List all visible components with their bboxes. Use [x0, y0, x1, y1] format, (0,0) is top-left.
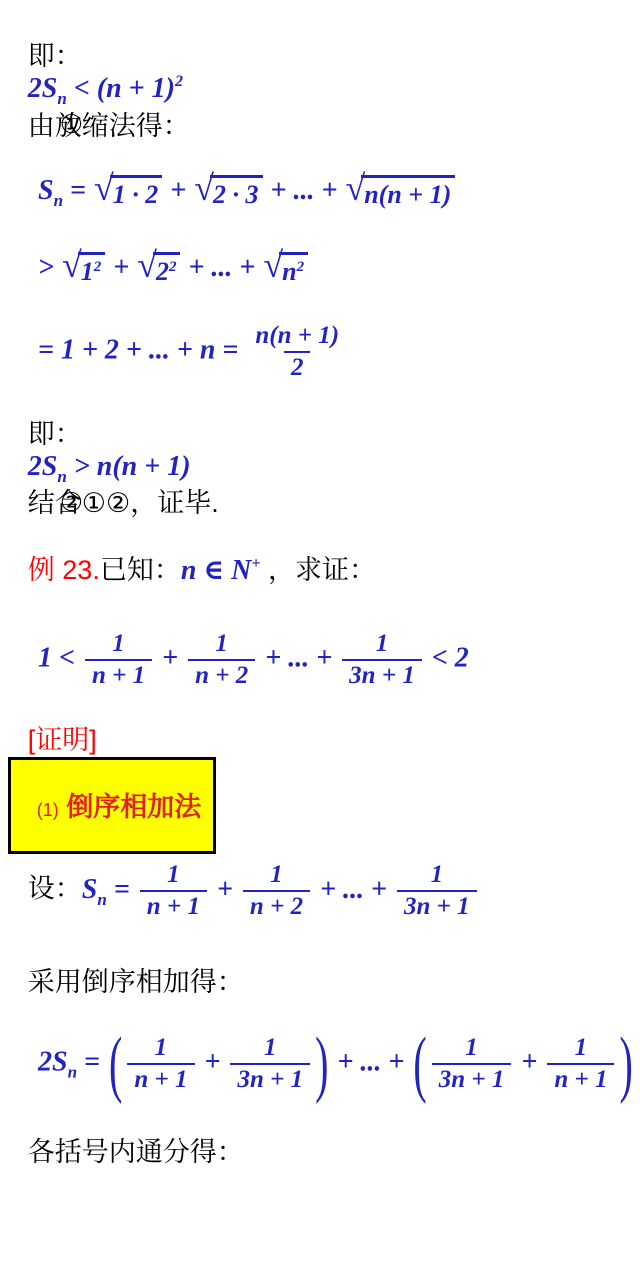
radicand: 1 · 2 [110, 175, 163, 210]
fraction-numerator: 1 [369, 630, 396, 659]
formula-tail: < 2 [425, 643, 469, 674]
plus-sign: + [155, 643, 185, 674]
formula-s: S [38, 175, 54, 206]
fraction-g2-2: 1n + 1 [547, 1034, 614, 1095]
cn-label-ji: 即： [28, 41, 82, 71]
sqrt-radical-2: √2 · 3 [194, 175, 262, 210]
fraction-denominator: n + 2 [188, 659, 255, 691]
formula-sn-definition: Sn = 1n + 1 + 1n + 2 + ... + 13n + 1 [82, 874, 480, 905]
formula-subscript: n [97, 890, 106, 909]
fraction-g2-1: 13n + 1 [432, 1034, 512, 1095]
cn-proof-text: [证明] [28, 725, 97, 755]
equals-sign: = [107, 874, 137, 905]
radicand-base: 1 [81, 257, 94, 286]
fraction-numerator: n(n + 1) [248, 322, 346, 351]
fraction-denominator: 3n + 1 [230, 1063, 310, 1095]
fraction-numerator: 1 [458, 1034, 485, 1063]
cn-known-label: 已知： [100, 555, 181, 585]
radicand-exponent: 2 [94, 259, 102, 275]
radicand-exponent: 2 [297, 259, 305, 275]
sqrt-radical-3: √n2 [263, 252, 308, 287]
fraction-denominator: n + 1 [140, 890, 207, 922]
radical-sign-icon: √ [263, 250, 283, 281]
radical-sign-icon: √ [345, 173, 365, 204]
formula-s: S [82, 874, 98, 905]
ellipsis-plus: + ... + [264, 175, 345, 206]
example-number-label: 例 23. [28, 555, 100, 585]
math-document-page: 即： 2Sn < (n + 1)2 ① 由放缩法得： Sn = √1 · 2 +… [0, 0, 640, 1279]
fraction-numerator: 1 [208, 630, 235, 659]
sqrt-radical-2: √22 [137, 252, 180, 287]
text-line-common-denominator: 各括号内通分得： [10, 1112, 244, 1187]
formula-line-define-sn: 设：Sn = 1n + 1 + 1n + 2 + ... + 13n + 1 [10, 843, 480, 940]
fraction-3: 13n + 1 [342, 630, 422, 691]
sqrt-radical-1: √12 [62, 252, 105, 287]
cn-text: 采用倒序相加得： [28, 967, 244, 997]
fraction-numerator: 1 [160, 861, 187, 890]
ellipsis-plus: + ... + [258, 643, 339, 674]
ellipsis-plus: + ... + [330, 1047, 411, 1078]
radicand: n2 [279, 252, 308, 287]
fraction-denominator: 2 [284, 351, 311, 383]
fraction-1: 1n + 1 [85, 630, 152, 691]
equals-sign: = [63, 175, 93, 206]
radicand-base: n [282, 257, 296, 286]
fraction-denominator: n + 2 [243, 890, 310, 922]
formula-lead: 1 < [38, 643, 82, 674]
radical-sign-icon: √ [194, 173, 214, 204]
fraction-2: 1n + 2 [243, 861, 310, 922]
fraction-g1-2: 13n + 1 [230, 1034, 310, 1095]
cn-prove-label: ，求证： [260, 555, 376, 585]
plus-sign: + [163, 175, 193, 206]
fraction-2: 1n + 2 [188, 630, 255, 691]
formula-subscript: n [54, 191, 63, 210]
example-23-heading: 例 23.已知：n ∈ N+ ，求证： [10, 530, 376, 605]
radicand-exponent: 2 [169, 259, 177, 275]
method-highlight-box: (1) 倒序相加法 [8, 757, 216, 854]
formula-subscript: n [68, 1063, 77, 1082]
fraction-denominator: n + 1 [85, 659, 152, 691]
ellipsis-plus: + ... + [313, 874, 394, 905]
fraction-numerator: 1 [257, 1034, 284, 1063]
formula-n-in-nplus: n ∈ N+ [181, 555, 261, 586]
fraction: n(n + 1)2 [248, 322, 346, 383]
big-left-paren: ( [109, 1027, 122, 1101]
sqrt-radical-1: √1 · 2 [94, 175, 162, 210]
fraction-numerator: 1 [263, 861, 290, 890]
fraction-denominator: 3n + 1 [432, 1063, 512, 1095]
formula-coef: 2S [38, 1047, 68, 1078]
formula-line-2sn-grouped: 2Sn = (1n + 1 + 13n + 1) + ... + (13n + … [10, 1002, 635, 1127]
method-title: 倒序相加法 [59, 792, 202, 822]
cn-label-ji: 即： [28, 419, 82, 449]
formula-lead: = 1 + 2 + ... + n = [38, 335, 245, 366]
fraction-denominator: 3n + 1 [397, 890, 477, 922]
formula-body: n ∈ N [181, 555, 252, 586]
fraction-g1-1: 1n + 1 [127, 1034, 194, 1095]
big-right-paren-2: ) [619, 1027, 632, 1101]
cn-text: 由放缩法得： [28, 111, 190, 141]
text-line-conclusion: 结合①②，证毕. [10, 463, 219, 538]
fraction-numerator: 1 [148, 1034, 175, 1063]
plus-sign: + [198, 1047, 228, 1078]
greater-than-sign: > [38, 252, 61, 283]
radical-sign-icon: √ [94, 173, 114, 204]
radicand-base: 2 [156, 257, 169, 286]
cn-text: 各括号内通分得： [28, 1137, 244, 1167]
plus-sign: + [106, 252, 136, 283]
fraction-numerator: 1 [568, 1034, 595, 1063]
big-right-paren: ) [315, 1027, 328, 1101]
cn-text: 结合①②，证毕. [28, 488, 219, 518]
equals-sign: = [77, 1047, 107, 1078]
method-number: (1) [37, 800, 59, 820]
sqrt-radical-3: √n(n + 1) [345, 175, 455, 210]
radical-sign-icon: √ [137, 250, 157, 281]
plus-sign: + [210, 874, 240, 905]
cn-set-label: 设： [28, 874, 82, 904]
fraction-numerator: 1 [424, 861, 451, 890]
fraction-numerator: 1 [105, 630, 132, 659]
radicand: n(n + 1) [361, 175, 455, 210]
big-left-paren-2: ( [413, 1027, 426, 1101]
fraction-denominator: 3n + 1 [342, 659, 422, 691]
fraction-3: 13n + 1 [397, 861, 477, 922]
ellipsis-plus: + ... + [181, 252, 262, 283]
fraction-denominator: n + 1 [127, 1063, 194, 1095]
radicand: 22 [153, 252, 181, 287]
plus-sign: + [514, 1047, 544, 1078]
fraction-denominator: n + 1 [547, 1063, 614, 1095]
radicand: 2 · 3 [210, 175, 263, 210]
fraction-1: 1n + 1 [140, 861, 207, 922]
radical-sign-icon: √ [62, 250, 82, 281]
